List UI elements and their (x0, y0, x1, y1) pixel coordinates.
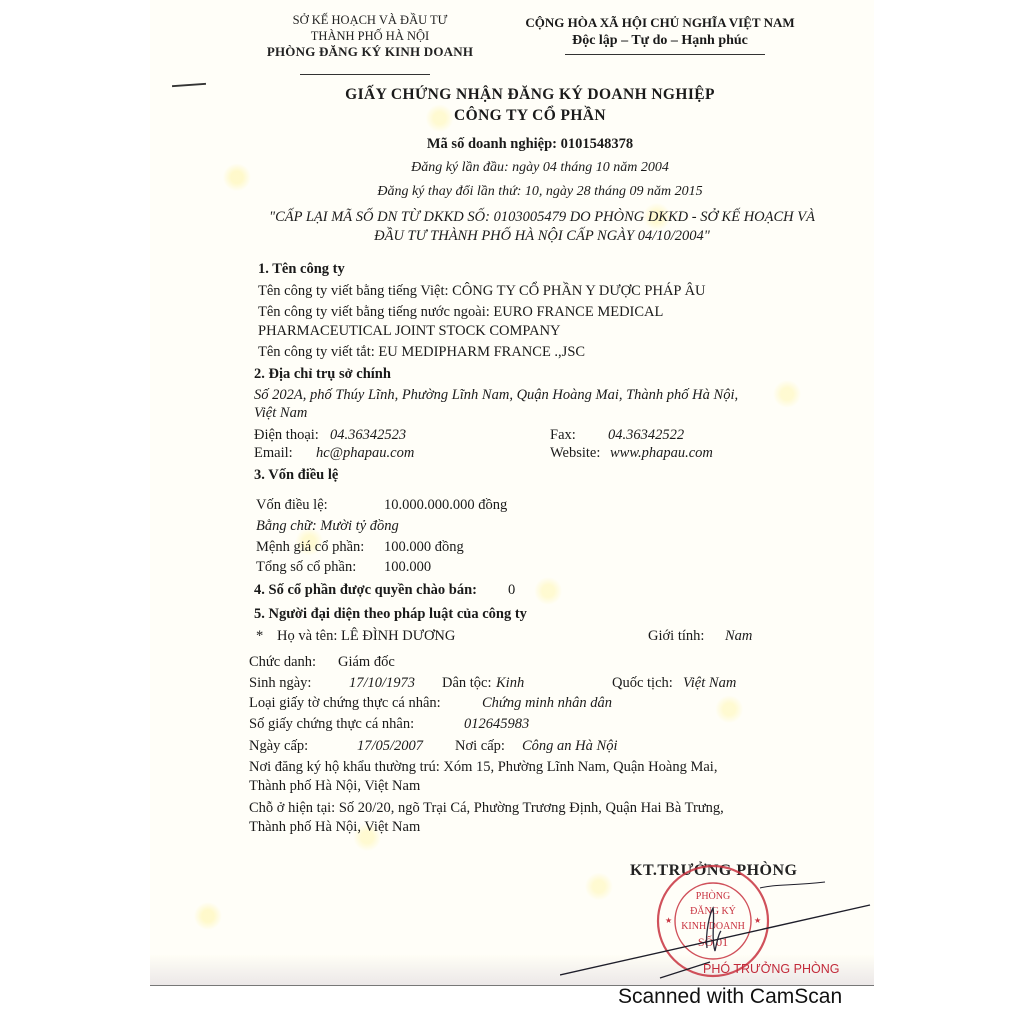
id-number-value: 012645983 (464, 716, 529, 733)
section4-heading: 4. Số cổ phần được quyền chào bán: (254, 582, 477, 599)
company-name-foreign-2: PHARMACEUTICAL JOINT STOCK COMPANY (258, 323, 561, 340)
authority-line2: THÀNH PHỐ HÀ NỘI (245, 28, 495, 44)
section3-heading: 3. Vốn điều lệ (254, 467, 338, 484)
par-value-label: Mệnh giá cổ phần: (256, 539, 364, 556)
id-type-value: Chứng minh nhân dân (482, 695, 612, 712)
deputy-head-title: PHÓ TRƯỞNG PHÒNG (703, 962, 839, 976)
capital-value: 10.000.000.000 đồng (384, 497, 507, 514)
motto-underline (565, 54, 765, 55)
phone-value: 04.36342523 (330, 427, 406, 444)
id-number-label: Số giấy chứng thực cá nhân: (249, 716, 414, 733)
phone-label: Điện thoại: (254, 427, 319, 444)
issuing-authority: SỞ KẾ HOẠCH VÀ ĐẦU TƯ THÀNH PHỐ HÀ NỘI P… (245, 12, 495, 60)
document-title: GIẤY CHỨNG NHẬN ĐĂNG KÝ DOANH NGHIỆP CÔN… (250, 84, 810, 126)
title-line2: CÔNG TY CỔ PHẦN (250, 105, 810, 126)
authority-line3: PHÒNG ĐĂNG KÝ KINH DOANH (245, 44, 495, 60)
section1-heading: 1. Tên công ty (258, 261, 345, 278)
position-label: Chức danh: (249, 654, 316, 671)
capital-label: Vốn điều lệ: (256, 497, 328, 514)
nationality-label: Quốc tịch: (612, 675, 673, 692)
current-address-line2: Thành phố Hà Nội, Việt Nam (249, 819, 420, 836)
email-value: hc@phapau.com (316, 445, 414, 462)
company-name-vn: Tên công ty viết bằng tiếng Việt: CÔNG T… (258, 283, 706, 300)
offerable-shares-value: 0 (508, 582, 515, 599)
website-label: Website: (550, 445, 600, 462)
address-line1: Số 202A, phố Thúy Lĩnh, Phường Lĩnh Nam,… (254, 387, 738, 404)
total-shares-value: 100.000 (384, 559, 431, 576)
first-registration: Đăng ký lần đầu: ngày 04 tháng 10 năm 20… (270, 160, 810, 176)
section5-heading: 5. Người đại diện theo pháp luật của côn… (254, 606, 527, 623)
national-motto: CỘNG HÒA XÃ HỘI CHỦ NGHĨA VIỆT NAM Độc l… (505, 14, 815, 50)
issue-place-label: Nơi cấp: (455, 738, 505, 755)
company-name-foreign-1: Tên công ty viết bằng tiếng nước ngoài: … (258, 304, 663, 321)
fax-label: Fax: (550, 427, 576, 444)
permanent-address-line1: Nơi đăng ký hộ khẩu thường trú: Xóm 15, … (249, 759, 717, 776)
permanent-address-line2: Thành phố Hà Nội, Việt Nam (249, 778, 420, 795)
capital-in-words: Bằng chữ: Mười tỷ đồng (256, 518, 399, 535)
country-name: CỘNG HÒA XÃ HỘI CHỦ NGHĨA VIỆT NAM (505, 14, 815, 32)
fax-value: 04.36342522 (608, 427, 684, 444)
email-label: Email: (254, 445, 293, 462)
company-short-name: Tên công ty viết tắt: EU MEDIPHARM FRANC… (258, 344, 585, 361)
gender-label: Giới tính: (648, 628, 704, 645)
authority-line1: SỞ KẾ HOẠCH VÀ ĐẦU TƯ (245, 12, 495, 28)
dob-value: 17/10/1973 (349, 675, 415, 692)
address-line2: Việt Nam (254, 405, 307, 422)
reissue-note: "CẤP LẠI MÃ SỐ DN TỪ DKKD SỐ: 0103005479… (262, 208, 822, 246)
ethnicity-label: Dân tộc: (442, 675, 492, 692)
camscanner-watermark: Scanned with CamScan (618, 985, 842, 1009)
change-registration: Đăng ký thay đổi lần thứ: 10, ngày 28 th… (270, 184, 810, 200)
total-shares-label: Tổng số cổ phần: (256, 559, 356, 576)
ethnicity-value: Kinh (496, 675, 524, 692)
title-line1: GIẤY CHỨNG NHẬN ĐĂNG KÝ DOANH NGHIỆP (250, 84, 810, 105)
nationality-value: Việt Nam (683, 675, 736, 692)
motto: Độc lập – Tự do – Hạnh phúc (505, 32, 815, 50)
issue-place-value: Công an Hà Nội (522, 738, 617, 755)
current-address-line1: Chỗ ở hiện tại: Số 20/20, ngõ Trại Cá, P… (249, 800, 724, 817)
par-value: 100.000 đồng (384, 539, 464, 556)
enterprise-code: Mã số doanh nghiệp: 0101548378 (250, 136, 810, 153)
dob-label: Sinh ngày: (249, 675, 311, 692)
bullet: * (256, 628, 263, 645)
issue-date-label: Ngày cấp: (249, 738, 308, 755)
section2-heading: 2. Địa chỉ trụ sở chính (254, 366, 391, 383)
authority-underline (300, 74, 430, 75)
gender-value: Nam (725, 628, 752, 645)
id-type-label: Loại giấy tờ chứng thực cá nhân: (249, 695, 441, 712)
representative-name: Họ và tên: LÊ ĐÌNH DƯƠNG (277, 628, 455, 645)
position-value: Giám đốc (338, 654, 395, 671)
website-value: www.phapau.com (610, 445, 713, 462)
issue-date-value: 17/05/2007 (357, 738, 423, 755)
